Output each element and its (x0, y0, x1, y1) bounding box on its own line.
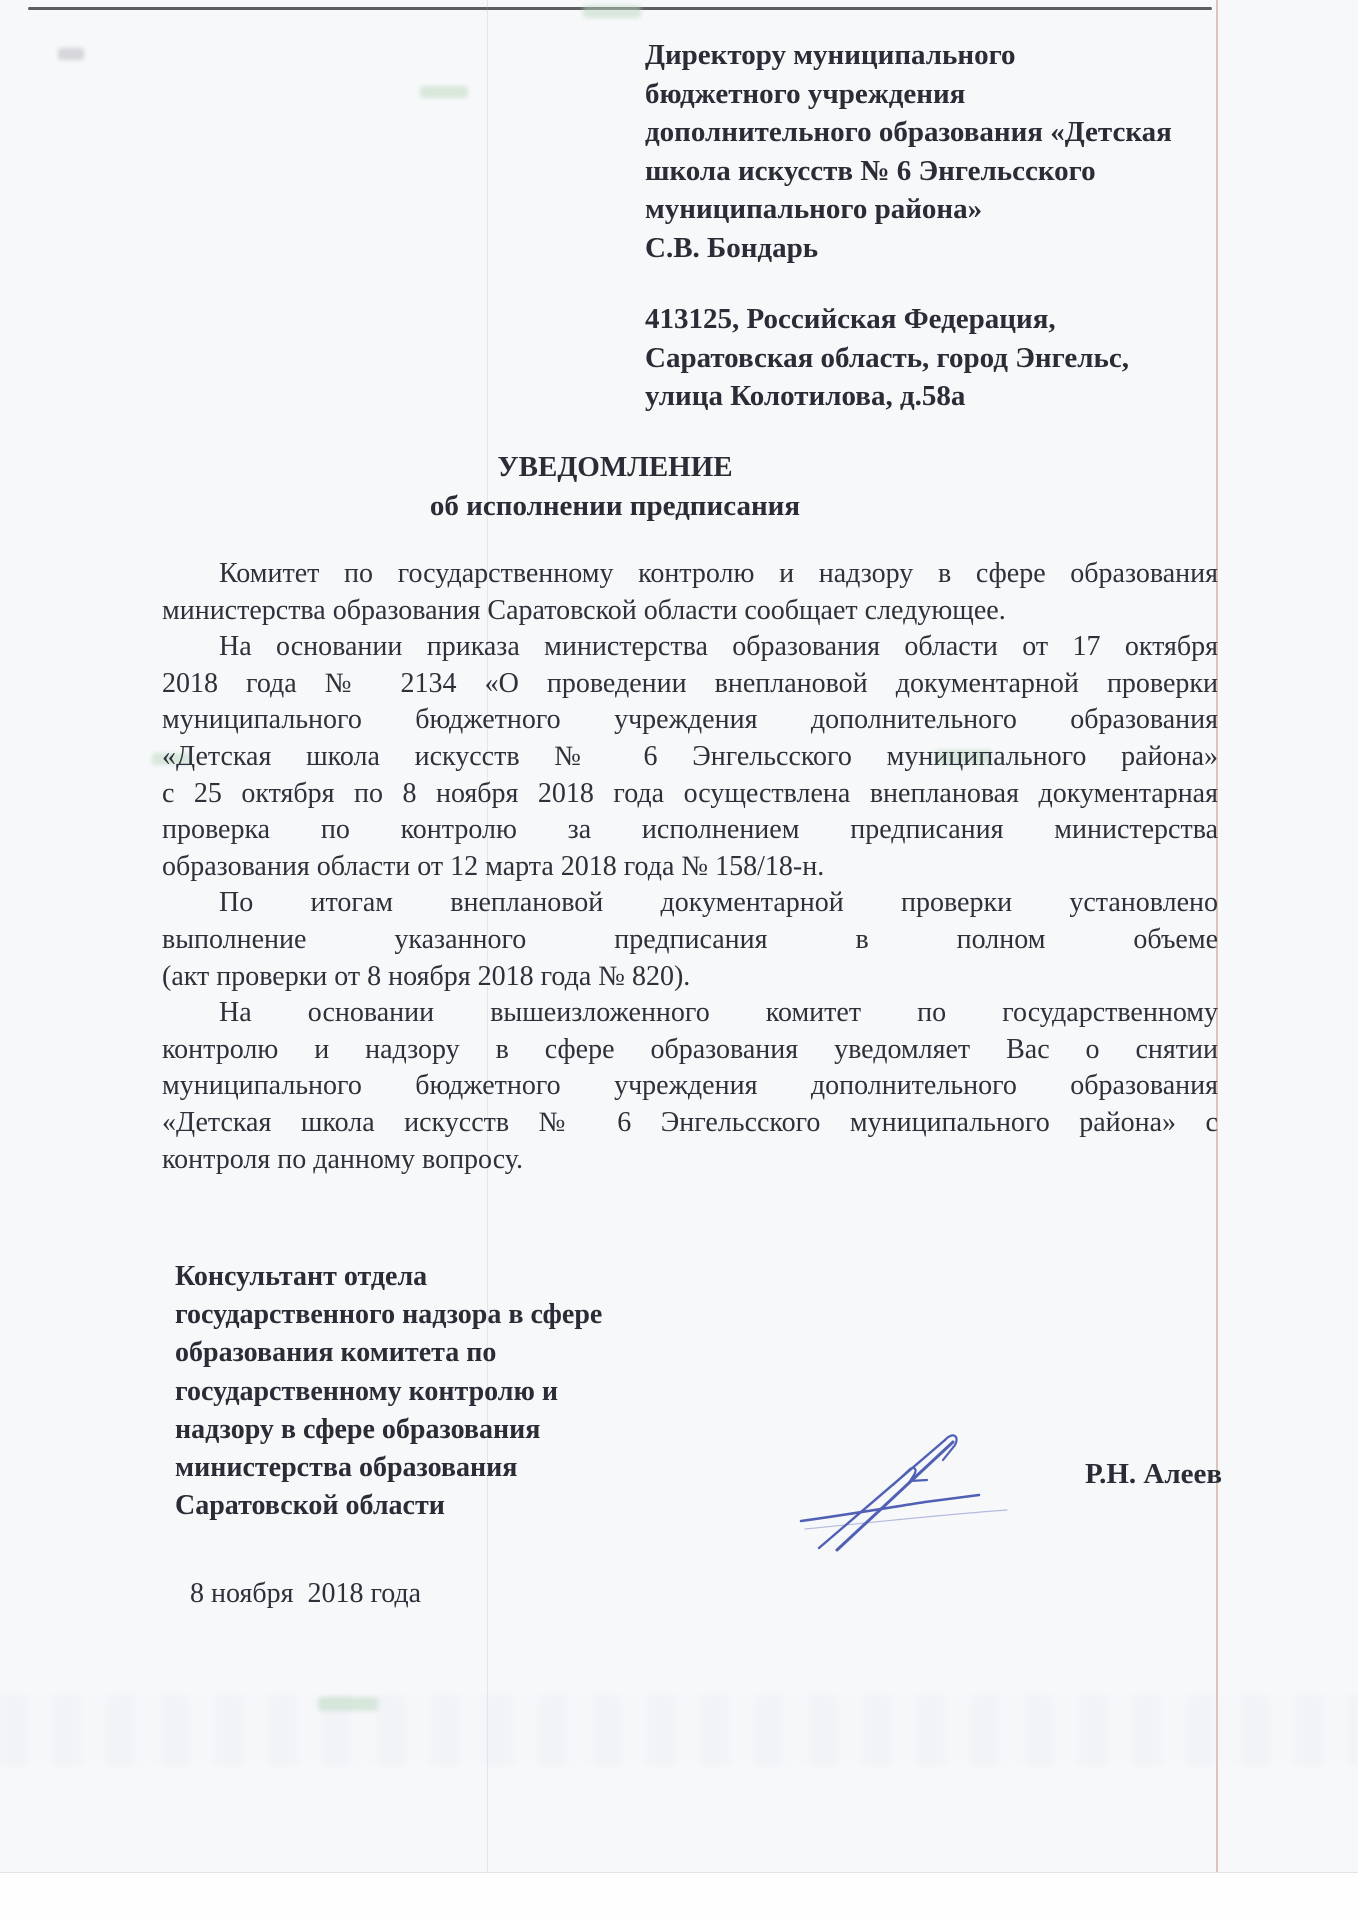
text-line: бюджетного учреждения (645, 75, 1245, 114)
text-line: государственного надзора в сфере (175, 1296, 695, 1334)
body-line: Комитет по государственному контролю и н… (162, 556, 1218, 593)
scan-smudge (318, 1697, 378, 1711)
paragraph: Комитет по государственному контролю и н… (162, 556, 1218, 629)
body-line: «Детская школа искусств № 6 Энгельсского… (162, 1105, 1218, 1142)
body-line: «Детская школа искусств № 6 Энгельсского… (162, 739, 1218, 776)
body-line: с 25 октября по 8 ноября 2018 года осуще… (162, 776, 1218, 813)
body-line: На основании вышеизложенного комитет по … (162, 995, 1218, 1032)
text-line: государственному контролю и (175, 1373, 695, 1411)
text-line: дополнительного образования «Детская (645, 113, 1245, 152)
recipient-block: Директору муниципальногобюджетного учреж… (645, 36, 1245, 267)
scan-smudge (420, 86, 468, 98)
text-line: Директору муниципального (645, 36, 1245, 75)
scan-bottom-edge (0, 1872, 1358, 1920)
text-line: улица Колотилова, д.58а (645, 377, 1245, 416)
signatory-name: Р.Н. Алеев (1085, 1458, 1222, 1491)
body-line: проверка по контролю за исполнением пред… (162, 812, 1218, 849)
text-line: министерства образования (175, 1449, 695, 1487)
body-line: муниципального бюджетного учреждения доп… (162, 1068, 1218, 1105)
body-line: контролю и надзору в сфере образования у… (162, 1032, 1218, 1069)
title-line-1: УВЕДОМЛЕНИЕ (315, 448, 915, 487)
paragraph: На основании вышеизложенного комитет по … (162, 995, 1218, 1178)
body-line: образования области от 12 марта 2018 год… (162, 849, 1218, 886)
text-line: образования комитета по (175, 1334, 695, 1372)
text-line: Консультант отдела (175, 1258, 695, 1296)
body-line: На основании приказа министерства образо… (162, 629, 1218, 666)
scan-smudge (583, 5, 641, 18)
signatory-position-block: Консультант отделагосударственного надзо… (175, 1258, 695, 1525)
document-title: УВЕДОМЛЕНИЕ об исполнении предписания (315, 448, 915, 526)
handwritten-signature-ink (775, 1422, 1020, 1562)
body-line: (акт проверки от 8 ноября 2018 года № 82… (162, 959, 1218, 996)
body-line: выполнение указанного предписания в полн… (162, 922, 1218, 959)
body-line: 2018 года № 2134 «О проведении внепланов… (162, 666, 1218, 703)
body-line: министерства образования Саратовской обл… (162, 593, 1218, 630)
scanned-letter-page: Директору муниципальногобюджетного учреж… (0, 0, 1358, 1920)
text-line: 413125, Российская Федерация, (645, 300, 1245, 339)
recipient-address-block: 413125, Российская Федерация,Саратовская… (645, 300, 1245, 416)
text-line: С.В. Бондарь (645, 229, 1245, 268)
document-date: 8 ноября 2018 года (190, 1578, 421, 1610)
body-line: муниципального бюджетного учреждения доп… (162, 702, 1218, 739)
text-line: муниципального района» (645, 190, 1245, 229)
reverse-side-showthrough (0, 1695, 1358, 1765)
text-line: школа искусств № 6 Энгельсского (645, 152, 1245, 191)
body-line: контроля по данному вопросу. (162, 1142, 1218, 1179)
paragraph: По итогам внеплановой документарной пров… (162, 885, 1218, 995)
body-line: По итогам внеплановой документарной пров… (162, 885, 1218, 922)
text-line: Саратовской области (175, 1487, 695, 1525)
letter-body: Комитет по государственному контролю и н… (162, 556, 1218, 1178)
text-line: Саратовская область, город Энгельс, (645, 339, 1245, 378)
text-line: надзору в сфере образования (175, 1411, 695, 1449)
scan-smudge (58, 48, 84, 60)
paragraph: На основании приказа министерства образо… (162, 629, 1218, 885)
title-line-2: об исполнении предписания (315, 487, 915, 526)
